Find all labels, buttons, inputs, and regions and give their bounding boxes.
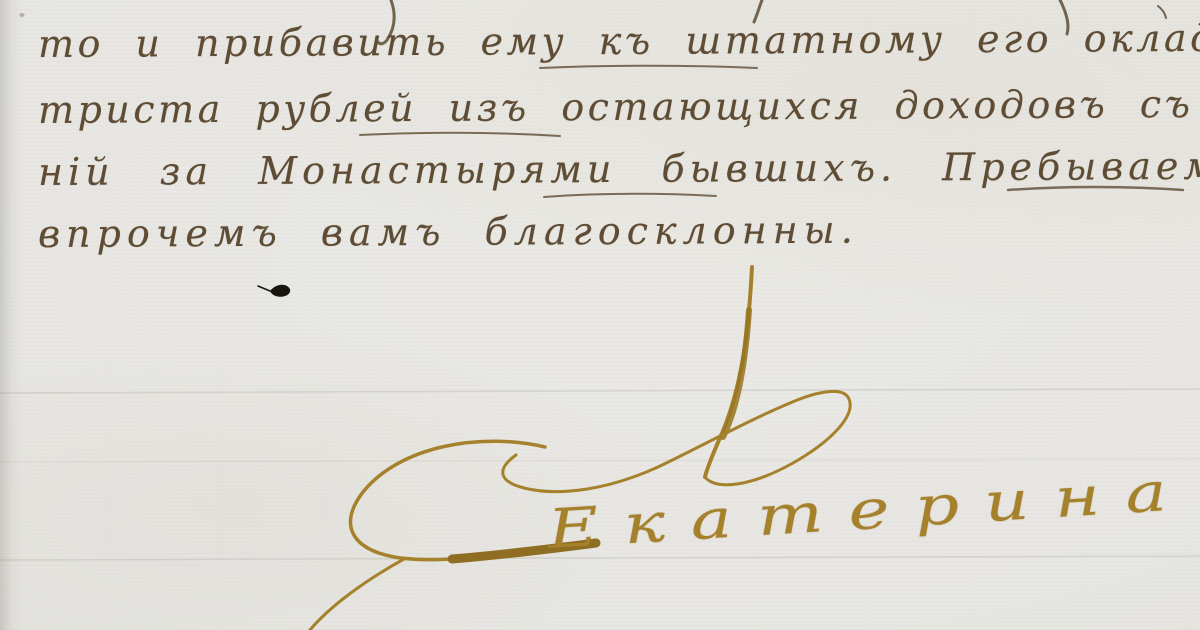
signature-flourish (310, 267, 850, 630)
ink-blot (258, 285, 290, 297)
manuscript-line-2: триста рублей изъ остающихся доходовъ съ… (38, 81, 1200, 133)
manuscript-page: то и прибавить ему къ штатному его оклад… (0, 0, 1200, 630)
underline-stroke (360, 133, 560, 136)
signature-text: Екатерина (546, 459, 1194, 561)
manuscript-line-4: впрочемъ вамъ благосклонны. (38, 208, 859, 258)
manuscript-line-3: ній за Монастырями бывшихъ. Пребываемъ (38, 144, 1200, 196)
underline-stroke (544, 194, 716, 197)
manuscript-line-1: то и прибавить ему къ штатному его оклад… (38, 15, 1200, 67)
underline-stroke (540, 66, 757, 68)
